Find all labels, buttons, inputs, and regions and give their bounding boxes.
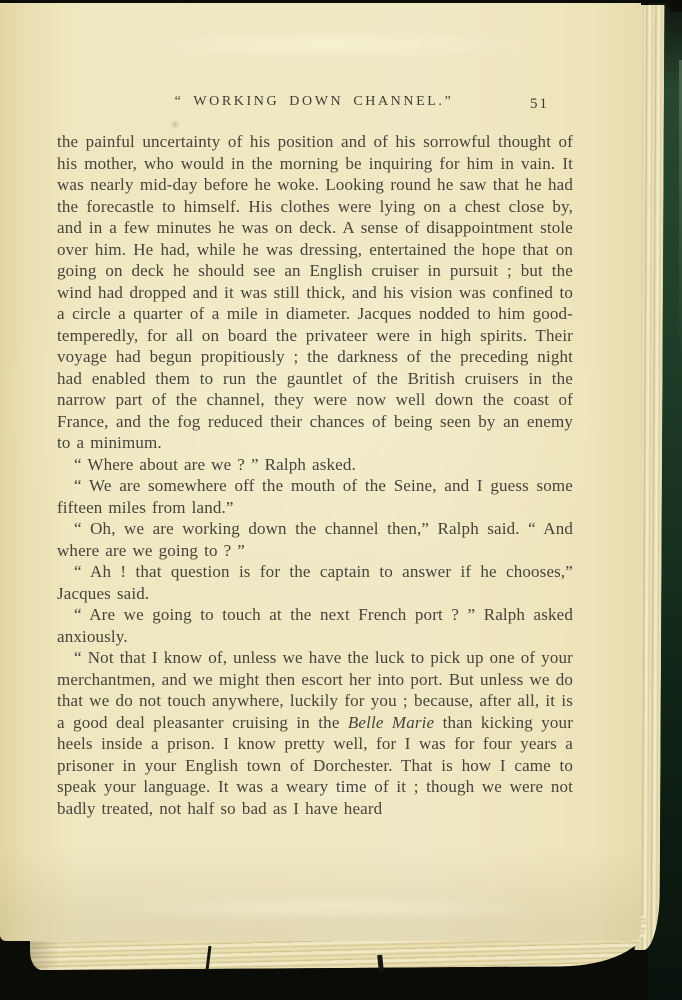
top-border bbox=[0, 0, 682, 3]
paragraph-text: “ Are we going to touch at the next Fren… bbox=[57, 605, 573, 646]
paragraph-text: “ We are somewhere off the mouth of the … bbox=[57, 476, 573, 517]
paragraph-text: the painful uncertainty of his position … bbox=[57, 132, 573, 452]
page-stain bbox=[170, 120, 180, 129]
paragraph: the painful uncertainty of his position … bbox=[57, 131, 573, 454]
paragraph-text: “ Oh, we are working down the channel th… bbox=[57, 519, 573, 560]
paragraph-text: “ Ah ! that question is for the captain … bbox=[57, 562, 573, 603]
paragraph: “ Not that I know of, unless we have the… bbox=[57, 647, 573, 819]
page-number: 51 bbox=[530, 96, 549, 113]
book-photo: “ WORKING DOWN CHANNEL.” 51 the painful … bbox=[0, 0, 682, 1000]
page-header: “ WORKING DOWN CHANNEL.” 51 bbox=[57, 94, 571, 116]
paragraph-text: “ Where about are we ? ” Ralph asked. bbox=[74, 455, 356, 474]
running-header: “ WORKING DOWN CHANNEL.” bbox=[57, 94, 571, 110]
paragraph: “ Where about are we ? ” Ralph asked. bbox=[57, 454, 573, 476]
paragraph: “ Ah ! that question is for the captain … bbox=[57, 561, 573, 604]
top-right-border bbox=[668, 0, 682, 12]
paragraph: “ Oh, we are working down the channel th… bbox=[57, 518, 573, 561]
text-block: the painful uncertainty of his position … bbox=[57, 131, 573, 819]
paragraph: “ Are we going to touch at the next Fren… bbox=[57, 604, 573, 647]
paragraph: “ We are somewhere off the mouth of the … bbox=[57, 475, 573, 518]
ship-name-italic: Belle Marie bbox=[348, 713, 434, 732]
